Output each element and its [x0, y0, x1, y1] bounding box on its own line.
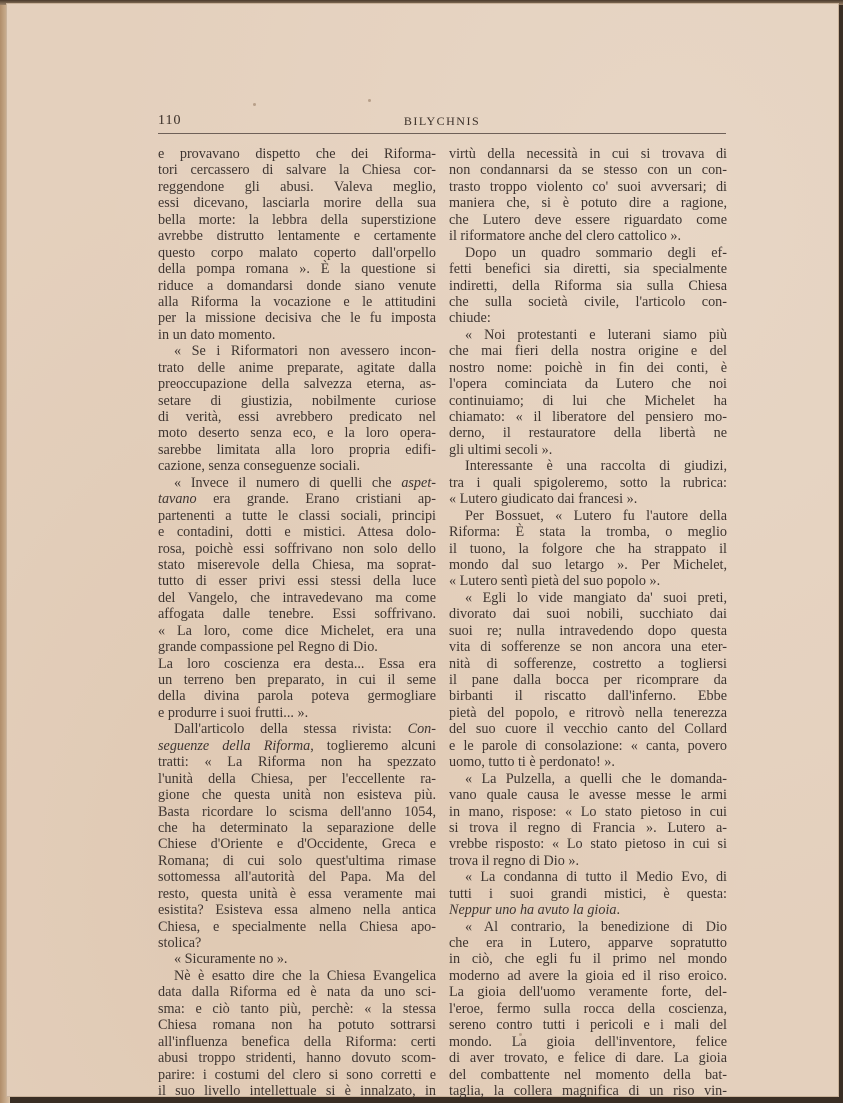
- text-line: il suo livello intellettuale si è innalz…: [158, 1083, 436, 1099]
- text-line: nostro nome: poichè in fin dei conti, è: [449, 360, 727, 376]
- text-line: « La condanna di tutto il Medio Evo, di: [449, 869, 727, 885]
- text-line: in mano, rispose: « Lo stato pietoso in …: [449, 804, 727, 820]
- italic-title: seguenze della Riforma: [158, 738, 310, 754]
- text-line: che mai fieri della nostra origine e del: [449, 343, 727, 359]
- text-line: chiude:: [449, 310, 727, 326]
- text-line: pietà del popolo, e ritrovò nella tenere…: [449, 705, 727, 721]
- text-line: rosa, poichè essi soffrivano non solo de…: [158, 541, 436, 557]
- text-line: vrebbe risposto: « Lo stato pietoso in c…: [449, 836, 727, 852]
- text-line: che Lutero deve essere riguardato come: [449, 212, 727, 228]
- text-line: preoccupazione della salvezza eterna, as…: [158, 376, 436, 392]
- text-line: vita di sofferenze se non ancora una ete…: [449, 639, 727, 655]
- text-line: essi dicevano, lasciarla morire della su…: [158, 195, 436, 211]
- text-line: nità di sofferenze, costretto a togliers…: [449, 656, 727, 672]
- text-line: Nè è esatto dire che la Chiesa Evangelic…: [158, 968, 436, 984]
- text-line: « La loro, come dice Michelet, era una: [158, 623, 436, 639]
- text-line: « Invece il numero di quelli che aspet-: [158, 475, 436, 491]
- text-line: « Al contrario, la benedizione di Dio: [449, 919, 727, 935]
- text-line: sarebbe limitata alla loro propria edifi…: [158, 442, 436, 458]
- text-line: « Noi protestanti e luterani siamo più: [449, 327, 727, 343]
- text-line: riduce a domandarsi donde siano venute: [158, 278, 436, 294]
- text-line: questo corpo malato coperto dall'orpello: [158, 245, 436, 261]
- text-line: mondo. La gioia dell'inventore, felice: [449, 1034, 727, 1050]
- text-line: del suo cuore il vecchio canto del Colla…: [449, 721, 727, 737]
- text-line: tutto di esser privi essi stessi della l…: [158, 573, 436, 589]
- italic-title: Con-: [408, 721, 436, 737]
- journal-title: BILYCHNIS: [158, 114, 726, 129]
- text-line: data dalla Riforma ed è nata da uno sci-: [158, 984, 436, 1000]
- text-line: non condannarsi da se stesso con un con-: [449, 162, 727, 178]
- text-line: Riforma: È stata la tromba, o meglio: [449, 524, 727, 540]
- text-line: indiretti, della Riforma sia sulla Chies…: [449, 278, 727, 294]
- text-line: Chiese d'Oriente e d'Occidente, Greca e: [158, 836, 436, 852]
- text-line: della divina parola poteva germogliare: [158, 688, 436, 704]
- text-line: l'eroe, fermo sulla rocca della coscienz…: [449, 1001, 727, 1017]
- text-line: del Vangelo, che intravedevano ma come: [158, 590, 436, 606]
- text-line: il tuono, la folgore che ha strappato il: [449, 541, 727, 557]
- paper-speck: [368, 99, 371, 102]
- running-header: 110 BILYCHNIS: [158, 113, 726, 133]
- text-line: il pane dalla bocca per ricomprare da: [449, 672, 727, 688]
- text-line: e contadini, dotti e mistici. Attesa dol…: [158, 524, 436, 540]
- text-line: in un dato momento.: [158, 327, 436, 343]
- italic-title: aspet-: [401, 475, 436, 491]
- right-text-column: virtù della necessità in cui si trovava …: [449, 146, 727, 1099]
- text-line: e produrre i suoi frutti... ».: [158, 705, 436, 721]
- left-text-column: e provavano dispetto che dei Riforma-tor…: [158, 146, 436, 1099]
- text-line: gli ultimi secoli ».: [449, 442, 727, 458]
- text-line: chiamato: « il liberatore del pensiero m…: [449, 409, 727, 425]
- text-line: « Sicuramente no ».: [158, 951, 436, 967]
- text-line: La loro coscienza era desta... Essa era: [158, 656, 436, 672]
- text-line: tutti i suoi grandi mistici, è questa:: [449, 886, 727, 902]
- text-line: abusi troppo stridenti, hanno dovuto sco…: [158, 1050, 436, 1066]
- text-line: di aver trovato, e felice di dare. La gi…: [449, 1050, 727, 1066]
- text-line: Romana; di cui solo quest'ultima rimase: [158, 853, 436, 869]
- text-line: suoi re; nulla intravedendo dopo questa: [449, 623, 727, 639]
- italic-title: Neppur uno ha avuto la gioia: [449, 902, 617, 918]
- text-line: Dopo un quadro sommario degli ef-: [449, 245, 727, 261]
- text-line: « Lutero giudicato dai francesi ».: [449, 491, 727, 507]
- text-line: tra i quali spigoleremo, sotto la rubric…: [449, 475, 727, 491]
- text-line: Chiesa, e specialmente nella Chiesa apo-: [158, 919, 436, 935]
- text-line: sottomessa all'autorità del Papa. Ma del: [158, 869, 436, 885]
- text-line: bella morte: la lebbra della superstizio…: [158, 212, 436, 228]
- italic-title: tavano: [158, 491, 197, 507]
- text-line: parire: i costumi del clero si sono corr…: [158, 1067, 436, 1083]
- text-line: si trova il regno di Francia ». Lutero a…: [449, 820, 727, 836]
- text-line: tratti: « La Riforma non ha spezzato: [158, 754, 436, 770]
- text-line: Per Bossuet, « Lutero fu l'autore della: [449, 508, 727, 524]
- text-line: in ciò, che egli fu il primo nel mondo: [449, 951, 727, 967]
- text-line: « La Pulzella, a quelli che le domanda-: [449, 771, 727, 787]
- text-line: e provavano dispetto che dei Riforma-: [158, 146, 436, 162]
- text-line: trasto troppo violento co' suoi avversar…: [449, 179, 727, 195]
- text-line: moto deserto senza eco, e la loro opera-: [158, 425, 436, 441]
- text-line: virtù della necessità in cui si trovava …: [449, 146, 727, 162]
- text-line: moderno ad avere la gioia ed il riso ero…: [449, 968, 727, 984]
- text-line: setare di giustizia, nobilmente curiose: [158, 393, 436, 409]
- text-line: partenenti a tutte le classi sociali, pr…: [158, 508, 436, 524]
- text-line: stolica?: [158, 935, 436, 951]
- text-line: trova il regno di Dio ».: [449, 853, 727, 869]
- text-line: che ha determinato la separazione delle: [158, 820, 436, 836]
- text-line: per la missione decisiva che le fu impos…: [158, 310, 436, 326]
- text-line: « Se i Riformatori non avessero incon-: [158, 343, 436, 359]
- text-line: l'opera cominciata da Lutero che noi: [449, 376, 727, 392]
- text-line: Chiesa romana non ha potuto sottrarsi: [158, 1017, 436, 1033]
- text-line: derno, il restauratore della libertà ne: [449, 425, 727, 441]
- text-line: di verità, essi avrebbero predicato nel: [158, 409, 436, 425]
- text-line: del combattente nel momento della bat-: [449, 1067, 727, 1083]
- text-line: reggendone gli abusi. Valeva meglio,: [158, 179, 436, 195]
- text-line: all'influenza benefica della Riforma: ce…: [158, 1034, 436, 1050]
- paper-speck: [253, 103, 256, 106]
- text-line: continuiamo; di lui che Michelet ha: [449, 393, 727, 409]
- text-line: esistita? Esisteva essa almeno nella ant…: [158, 902, 436, 918]
- text-line: della pompa romana ». È la questione si: [158, 261, 436, 277]
- text-line: Neppur uno ha avuto la gioia.: [449, 902, 727, 918]
- text-line: e le parole di consolazione: « canta, po…: [449, 738, 727, 754]
- text-line: fetti benefici sia diretti, sia specialm…: [449, 261, 727, 277]
- text-line: resto, questa unità è essa veramente mai: [158, 886, 436, 902]
- text-line: che era in Lutero, apparve sopratutto: [449, 935, 727, 951]
- header-rule: [158, 133, 726, 134]
- text-line: vano quale causa le avesse messe le armi: [449, 787, 727, 803]
- text-line: taglia, la collera magnifica di un riso …: [449, 1083, 727, 1099]
- text-line: Dall'articolo della stessa rivista: Con-: [158, 721, 436, 737]
- text-line: stato miserevole della Chiesa, ma soprat…: [158, 557, 436, 573]
- text-line: sma: e ciò tanto più, perchè: « la stess…: [158, 1001, 436, 1017]
- text-line: che sulla società civile, l'articolo con…: [449, 294, 727, 310]
- text-line: tori cercassero di salvare la Chiesa cor…: [158, 162, 436, 178]
- text-line: divorato dai suoi nobili, succhiato dai: [449, 606, 727, 622]
- text-line: avrebbe distrutto lentamente e certament…: [158, 228, 436, 244]
- text-line: cazione, senza conseguenze sociali.: [158, 458, 436, 474]
- text-line: un terreno ben preparato, in cui il seme: [158, 672, 436, 688]
- text-line: La gioia dell'uomo veramente forte, del-: [449, 984, 727, 1000]
- text-line: tavano era grande. Erano cristiani ap-: [158, 491, 436, 507]
- text-line: birbanti il riscatto dall'inferno. Ebbe: [449, 688, 727, 704]
- text-line: trato delle anime preparate, agitate dal…: [158, 360, 436, 376]
- text-line: grande compassione pel Regno di Dio.: [158, 639, 436, 655]
- text-line: Interessante è una raccolta di giudizi,: [449, 458, 727, 474]
- text-line: « Egli lo vide mangiato da' suoi preti,: [449, 590, 727, 606]
- text-line: maniera che, si è potuto dire a ragione,: [449, 195, 727, 211]
- text-line: Basta ricordare lo scisma dell'anno 1054…: [158, 804, 436, 820]
- text-line: affogata dalle tenebre. Essi soffrivano.: [158, 606, 436, 622]
- text-line: sereno contro tutti i pericoli e i mali …: [449, 1017, 727, 1033]
- text-line: gione che questa unità non esisteva più.: [158, 787, 436, 803]
- text-line: « Lutero sentì pietà del suo popolo ».: [449, 573, 727, 589]
- text-line: il riformatore anche del clero cattolico…: [449, 228, 727, 244]
- text-line: seguenze della Riforma, toglieremo alcun…: [158, 738, 436, 754]
- text-line: alla Riforma la vocazione e le attitudin…: [158, 294, 436, 310]
- text-line: mondo dal suo letargo ». Per Michelet,: [449, 557, 727, 573]
- text-line: l'unità della Chiesa, per l'eccellente r…: [158, 771, 436, 787]
- text-line: uomo, tutto ti è perdonato! ».: [449, 754, 727, 770]
